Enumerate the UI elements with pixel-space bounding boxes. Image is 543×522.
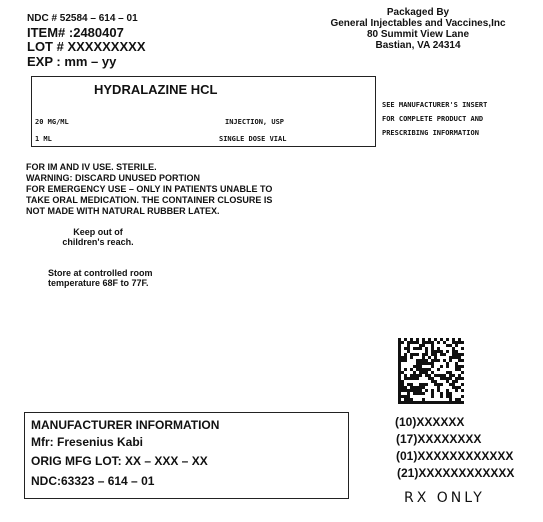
storage-notice: Store at controlled room temperature 68F…	[48, 268, 153, 288]
packager-company: General Injectables and Vaccines,Inc	[300, 18, 536, 29]
manufacturer-ndc: NDC:63323 – 614 – 01	[31, 474, 154, 488]
storage-line: temperature 68F to 77F.	[48, 278, 153, 288]
product-name: HYDRALAZINE HCL	[94, 82, 218, 97]
datamatrix-barcode-icon	[398, 338, 464, 404]
warning-line: FOR IM AND IV USE. STERILE.	[26, 162, 272, 173]
product-container: SINGLE DOSE VIAL	[219, 135, 286, 143]
insert-notice: SEE MANUFACTURER'S INSERT FOR COMPLETE P…	[382, 98, 487, 140]
manufacturer-lot: ORIG MFG LOT: XX – XXX – XX	[31, 454, 208, 468]
manufacturer-name: Mfr: Fresenius Kabi	[31, 435, 143, 449]
packager-info: Packaged By General Injectables and Vacc…	[300, 7, 536, 51]
lot-number: LOT # XXXXXXXXX	[27, 39, 146, 54]
keep-out-line: Keep out of	[48, 227, 148, 237]
gs1-codes: (10)XXXXXX (17)XXXXXXXX (01)XXXXXXXXXXXX…	[395, 414, 514, 482]
insert-notice-line: SEE MANUFACTURER'S INSERT	[382, 98, 487, 112]
product-route: INJECTION, USP	[225, 118, 284, 126]
product-box: HYDRALAZINE HCL 20 MG/ML INJECTION, USP …	[31, 76, 376, 147]
gs1-gtin: (01)XXXXXXXXXXXX	[396, 448, 514, 465]
warning-line: FOR EMERGENCY USE – ONLY IN PATIENTS UNA…	[26, 184, 272, 195]
expiration-date: EXP : mm – yy	[27, 54, 116, 69]
manufacturer-box: MANUFACTURER INFORMATION Mfr: Fresenius …	[24, 412, 349, 499]
gs1-batch: (10)XXXXXX	[395, 414, 514, 431]
manufacturer-title: MANUFACTURER INFORMATION	[31, 418, 219, 432]
packager-ndc: NDC # 52584 – 614 – 01	[27, 13, 138, 24]
keep-out-line: children's reach.	[48, 237, 148, 247]
gs1-expiry: (17)XXXXXXXX	[396, 431, 514, 448]
storage-line: Store at controlled room	[48, 268, 153, 278]
product-strength: 20 MG/ML	[35, 118, 69, 126]
warning-line: WARNING: DISCARD UNUSED PORTION	[26, 173, 272, 184]
packager-heading: Packaged By	[300, 7, 536, 18]
warnings: FOR IM AND IV USE. STERILE. WARNING: DIS…	[26, 162, 272, 217]
packager-city: Bastian, VA 24314	[300, 40, 536, 51]
gs1-serial: (21)XXXXXXXXXXXX	[397, 465, 514, 482]
rx-only: RX ONLY	[404, 490, 485, 506]
item-number: ITEM# :2480407	[27, 25, 124, 40]
insert-notice-line: FOR COMPLETE PRODUCT AND	[382, 112, 487, 126]
product-volume: 1 ML	[35, 135, 52, 143]
insert-notice-line: PRESCRIBING INFORMATION	[382, 126, 487, 140]
packager-street: 80 Summit View Lane	[300, 29, 536, 40]
warning-line: TAKE ORAL MEDICATION. THE CONTAINER CLOS…	[26, 195, 272, 206]
keep-out-notice: Keep out of children's reach.	[48, 227, 148, 247]
warning-line: NOT MADE WITH NATURAL RUBBER LATEX.	[26, 206, 272, 217]
